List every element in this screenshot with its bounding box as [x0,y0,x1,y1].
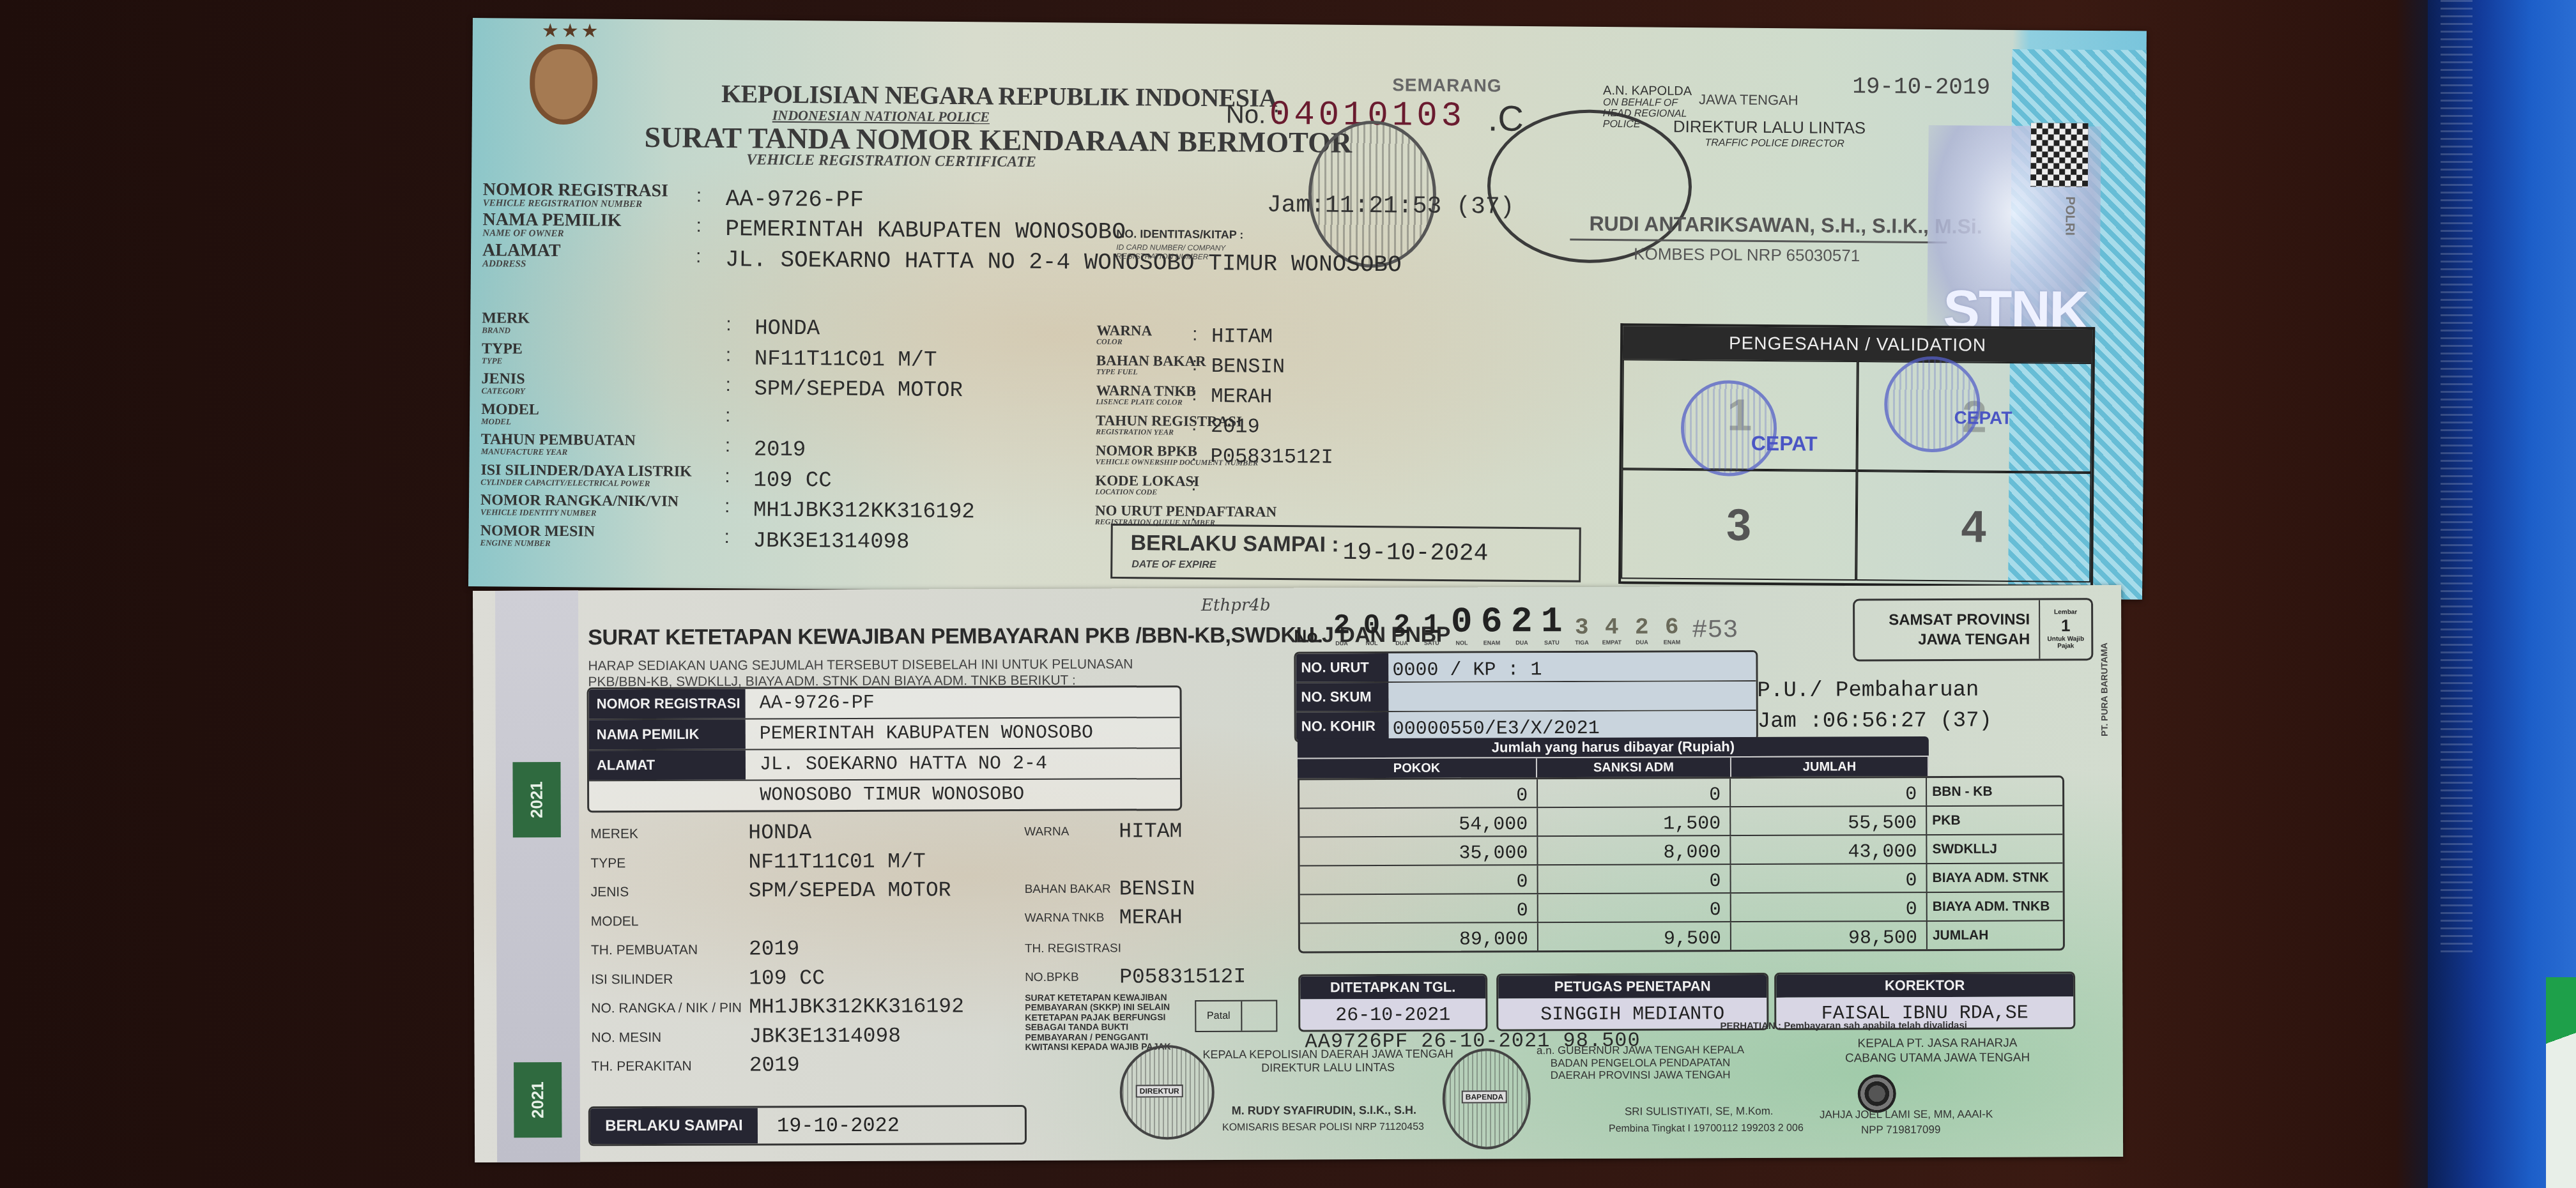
spec-label: MODEL [591,914,639,929]
sheet-number: 1 [2061,616,2071,636]
officer-name: RUDI ANTARIKSAWAN, S.H., S.I.K., M.Si. [1589,212,1982,239]
digit-value: 2 [1333,612,1351,640]
validation-grid: PENGESAHAN / VALIDATION 1CEPAT2CEPAT34 [1618,323,2095,588]
spec-value: 2019 [749,1053,800,1077]
owner-row-value: JL. SOEKARNO HATTA NO 2-4 [746,749,1180,779]
spec-value: P05831512I [1119,965,1246,989]
sheet-label: Lembar [2054,609,2077,616]
colon: : [696,215,701,237]
serial-digit: 3TIGA [1567,616,1597,646]
reference-label: NO. URUT [1296,653,1388,682]
vehicle-field-value: HITAM [1211,326,1273,347]
qr-code-icon [2030,123,2089,187]
field-label: ALAMAT [482,241,561,260]
validation-cell-number: 3 [1726,499,1752,550]
owner-row: NOMOR REGISTRASIAA-9726-PF [589,687,1180,720]
vehicle-field-value: BENSIN [1211,356,1285,377]
digit-word: DUA [1395,640,1408,646]
owner-row-label: ALAMAT [589,750,746,781]
colon: : [696,246,701,268]
vehicle-field-label: BAHAN BAKAR [1096,353,1206,369]
payment-row: 54,0001,50055,500PKB [1299,806,2062,837]
digit-word: ENAM [1483,639,1501,646]
vehicle-field-value: HONDA [755,317,820,340]
field-value: PEMERINTAH KABUPATEN WONOSOBO [725,218,1126,244]
patal-label: Patal [1196,1001,1242,1031]
payment-row-label: BBN - KB [1927,777,2062,805]
on-behalf: A.N. KAPOLDA [1603,84,1705,98]
digit-value: 2 [1511,604,1533,639]
samsat-line2: JAWA TENGAH [1918,629,2030,650]
vehicle-field-label: MODEL [481,402,539,418]
cepat-stamp-icon [1680,380,1777,476]
reference-numbers: NO. URUT0000 / KP : 1NO. SKUMNO. KOHIR00… [1294,650,1758,743]
digit-value: 1 [1541,604,1563,639]
director-seal-text: DIREKTUR [1136,1085,1183,1097]
assessment-date: 26-10-2021 [1300,998,1485,1030]
bapenda-officer-name: SRI SULISTIYATI, SE, M.Kom. [1625,1105,1774,1118]
validation-cell-3: 3 [1621,469,1857,581]
payment-column-header: POKOK [1298,758,1537,778]
digit-word: DUA [1335,640,1348,646]
payment-row: 000BIAYA ADM. STNK [1300,864,2063,895]
printer-credit: PT. PURA BARUTAMA [2099,643,2110,736]
serial-digit: 0NOL [1356,612,1386,646]
sanksi-amount: 8,000 [1538,836,1731,864]
colon: : [1192,384,1197,406]
skkp-serial: No.2DUA0NOL2DUA1SATU0NOL6ENAM2DUA1SATU3T… [1294,603,1738,646]
payment-row-label: PKB [1927,806,2062,834]
skkp-expiry: BERLAKU SAMPAI 19-10-2022 [588,1105,1027,1146]
colon: : [724,466,730,487]
owner-row-value: PEMERINTAH KABUPATEN WONOSOBO [746,718,1180,749]
sanksi-amount: 0 [1538,894,1731,922]
serial-digit: 2DUA [1627,616,1657,646]
digit-value: 2 [1635,616,1649,639]
serial-digit: 0NOL [1446,604,1476,646]
vehicle-field-sublabel: MODEL [481,417,511,425]
spec-value: 2019 [749,937,799,961]
vehicle-field-value: NF11T11C01 M/T [755,348,937,371]
reference-label: NO. SKUM [1296,683,1389,712]
spec-value: MERAH [1119,906,1183,929]
vehicle-field-sublabel: CYLINDER CAPACITY/ELECTRICAL POWER [480,478,650,487]
counter-stamp: #53 [1692,616,1738,645]
payment-table-header: POKOKSANKSI ADMJUMLAH [1298,756,1929,778]
owner-row-value: WONOSOBO TIMUR WONOSOBO [746,779,1180,810]
spec-label: TYPE [590,856,625,871]
vehicle-field-sublabel: COLOR [1096,338,1123,346]
jasa-raharja-name: JAHJA JOEL LAMI SE, MM, AAAI-K [1820,1108,1993,1122]
payment-table-title: Jumlah yang harus dibayar (Rupiah) [1298,736,1929,758]
vehicle-field-value: P05831512I [1211,446,1333,468]
jasa-raharja-title: KEPALA PT. JASA RAHARJA CABANG UTAMA JAW… [1835,1036,2039,1066]
spec-value: 109 CC [749,966,825,990]
police-officer-rank: KOMISARIS BESAR POLISI NRP 71120453 [1222,1122,1424,1134]
expiry-sub: DATE OF EXPIRE [1131,559,1216,571]
payment-column-header: JUMLAH [1731,757,1929,777]
print-time: Jam:11:21:53 (37) [1267,192,1515,221]
colon: : [724,526,730,548]
vehicle-field-label: KODE LOKASI [1095,473,1199,489]
vehicle-field-sublabel: REGISTRATION YEAR [1096,428,1174,436]
owner-table: NOMOR REGISTRASIAA-9726-PFNAMA PEMILIKPE… [587,685,1183,812]
vehicle-field-value: 2019 [1211,416,1260,438]
colon: : [724,496,730,517]
field-sublabel: VEHICLE REGISTRATION NUMBER [483,199,642,209]
payment-row: 35,0008,00043,000SWDKLLJ [1299,835,2062,866]
id-card-label: NO. IDENTITAS/KITAP : [1116,227,1243,242]
payment-row: 000BBN - KB [1299,777,2062,809]
colon: : [725,374,731,396]
jumlah-amount: 98,500 [1731,922,1928,950]
vehicle-field-label: NOMOR BPKB [1096,443,1197,459]
serial-no-label: No. [1294,626,1322,646]
colon: : [726,314,732,335]
owner-row-label: NAMA PEMILIK [589,720,746,750]
vehicle-field-value: JBK3E1314098 [753,530,909,553]
vehicle-field-sublabel: ENGINE NUMBER [480,538,551,547]
owner-row: NAMA PEMILIKPEMERINTAH KABUPATEN WONOSOB… [589,718,1180,750]
sanksi-amount: 1,500 [1538,807,1731,835]
digit-word: NOL [1455,640,1468,646]
digit-value: 0 [1363,612,1381,640]
vehicle-field-label: WARNA [1096,323,1152,339]
digit-value: 0 [1451,604,1473,640]
vehicle-field-label: ISI SILINDER/DAYA LISTRIK [480,462,692,480]
vehicle-field-sublabel: MANUFACTURE YEAR [481,447,568,456]
digit-word: NOL [1365,640,1377,646]
payment-row-label: SWDKLLJ [1927,835,2062,863]
colon: : [1192,324,1198,346]
officer-rank: KOMBES POL NRP 65030571 [1634,244,1860,266]
field-value: JL. SOEKARNO HATTA NO 2-4 WONOSOBO TIMUR… [725,248,1402,277]
sanksi-amount: 0 [1538,865,1731,893]
field-label: NOMOR REGISTRASI [483,181,668,200]
pokok-amount: 0 [1299,779,1538,807]
corrector-label: KOREKTOR [1776,973,2073,998]
folder-binding-strip [2441,0,2472,958]
samsat-box: SAMSAT PROVINSI JAWA TENGAH Lembar 1 Unt… [1853,598,2093,661]
id-card-sub: ID CARD NUMBER/ COMPANY REGISTRATION NUM… [1116,243,1269,262]
pokok-amount: 0 [1300,865,1538,894]
payment-row-label: BIAYA ADM. TNKB [1928,892,2063,920]
reference-row: NO. SKUM [1296,682,1756,713]
digit-value: 6 [1665,616,1679,639]
spec-label: NO. MESIN [591,1030,661,1045]
vehicle-field-sublabel: CATEGORY [481,386,525,395]
owner-row-label: NOMOR REGISTRASI [589,689,746,719]
vehicle-field-value: MERAH [1211,386,1272,407]
digit-value: 6 [1481,604,1503,639]
colon: : [1191,504,1197,526]
reference-row: NO. KOHIR00000550/E3/X/2021 [1296,711,1756,741]
reference-row: NO. URUT0000 / KP : 1 [1296,652,1756,683]
validation-notice: PERHATIAN : Pembayaran sah apabila telah… [1720,1020,1967,1032]
field-sublabel: NAME OF OWNER [482,229,563,239]
spec-label: NO. RANGKA / NIK / PIN [591,1001,742,1017]
validation-cell-4: 4 [1856,471,2092,583]
validation-cell-2: 2CEPAT [1857,361,2092,473]
digit-word: DUA [1515,639,1528,646]
serial-digit: 2DUA [1386,612,1416,646]
transaction-time: Jam :06:56:27 (37) [1758,709,1992,734]
reference-value: 00000550/E3/X/2021 [1389,711,1756,740]
owner-row-value: AA-9726-PF [746,687,1180,718]
vehicle-field-sublabel: LOCATION CODE [1095,488,1157,496]
vehicle-field-label: WARNA TNKB [1096,383,1195,399]
jumlah-amount: 43,000 [1731,835,1927,864]
officer-position-en: TRAFFIC POLICE DIRECTOR [1705,137,1844,150]
skkp-notice: SURAT KETETAPAN KEWAJIBAN PEMBAYARAN (SK… [1025,993,1191,1052]
jasa-raharja-logo-icon [1858,1074,1896,1113]
police-officer-name: M. RUDY SYAFIRUDIN, S.I.K., S.H. [1232,1104,1416,1118]
officer-position: DIREKTUR LALU LINTAS [1673,117,1866,138]
digit-word: SATU [1424,640,1439,646]
bapenda-officer-nip: Pembina Tingkat I 19700112 199203 2 006 [1609,1123,1804,1135]
field-value: AA-9726-PF [726,188,864,212]
cepat-stamp-icon [1883,356,1980,452]
assessor-label: PETUGAS PENETAPAN [1498,975,1767,998]
vehicle-field-sublabel: LISENCE PLATE COLOR [1096,398,1182,406]
digit-value: 4 [1605,616,1619,639]
expiry-date: 19-10-2024 [1342,539,1488,568]
vehicle-field-label: TYPE [482,341,523,357]
digit-value: 3 [1575,616,1589,639]
sheet-sub: Untuk Wajib Pajak [2040,636,2091,650]
vehicle-field-value: MH1JBK312KK316192 [753,499,975,523]
spec-label: TH. REGISTRASI [1025,941,1121,956]
skkp-tax-receipt: 2021 2021 Ethpr4b SURAT KETETAPAN KEWAJI… [473,585,2123,1162]
serial-digit: 4EMPAT [1597,616,1627,646]
spec-label: TH. PERAKITAN [592,1059,692,1075]
jumlah-amount: 0 [1731,864,1928,892]
payment-row-label: JUMLAH [1928,921,2063,949]
sanksi-amount: 9,500 [1538,922,1731,950]
police-position: DIREKTUR LALU LINTAS [1203,1060,1453,1074]
assessment-date-label: DITETAPKAN TGL. [1300,975,1485,999]
pokok-amount: 89,000 [1300,923,1538,951]
reference-value [1389,682,1756,711]
digit-word: EMPAT [1602,639,1621,646]
bapenda-seal-text: BAPENDA [1462,1090,1507,1103]
spec-value: SPM/SEPEDA MOTOR [749,878,951,902]
spec-value: BENSIN [1119,877,1195,901]
vehicle-field-sublabel: BRAND [482,326,510,334]
spec-label: WARNA TNKB [1025,911,1105,925]
colon: : [726,344,732,366]
payment-row: 000BIAYA ADM. TNKB [1300,892,2063,924]
spec-label: JENIS [591,885,629,900]
field-sublabel: ADDRESS [482,259,526,270]
spec-value: JBK3E1314098 [749,1024,901,1048]
vehicle-field-value: SPM/SEPEDA MOTOR [754,378,963,402]
colon: : [1192,444,1197,466]
sanksi-amount: 0 [1538,779,1731,807]
vehicle-field-sublabel: VEHICLE IDENTITY NUMBER [480,508,597,517]
document-title-en: VEHICLE REGISTRATION CERTIFICATE [746,151,1036,171]
colon: : [696,185,702,207]
issue-city: SEMARANG [1392,75,1502,96]
field-label: NAMA PEMILIK [482,211,621,230]
digit-word: SATU [1544,639,1560,646]
stamp-label: CEPAT [1954,407,2012,429]
owner-row: ALAMATJL. SOEKARNO HATTA NO 2-4 [589,749,1180,781]
digit-word: TIGA [1575,639,1589,646]
owner-row: WONOSOBO TIMUR WONOSOBO [589,779,1180,811]
reference-label: NO. KOHIR [1296,712,1389,741]
assessment-date-box: DITETAPKAN TGL. 26-10-2021 [1298,973,1487,1032]
validation-title: PENGESAHAN / VALIDATION [1623,326,2092,363]
digit-value: 1 [1423,612,1441,640]
expiry-label: BERLAKU SAMPAI : [1130,531,1338,558]
folder-corner [2546,977,2576,1188]
serial-digit: 6ENAM [1476,604,1506,646]
vehicle-field-label: NOMOR MESIN [480,523,595,539]
payment-row: 89,0009,50098,500JUMLAH [1300,921,2063,951]
serial-digit: 6ENAM [1657,616,1687,645]
payment-table: Jumlah yang harus dibayar (Rupiah) POKOK… [1298,736,2065,953]
vehicle-field-value: 109 CC [753,469,832,492]
spec-value: HITAM [1119,819,1182,843]
spec-value: MH1JBK312KK316192 [749,994,964,1019]
validation-cell-1: 1CEPAT [1622,359,1858,471]
reference-value: 0000 / KP : 1 [1388,652,1756,682]
vehicle-field-label: JENIS [481,371,525,387]
spec-label: BAHAN BAKAR [1025,883,1111,897]
year-tag: 2021 [512,762,560,837]
jasa-raharja-npp: NPP 719817099 [1861,1123,1941,1136]
patal-box: Patal [1195,1000,1277,1032]
payment-table-body: 000BBN - KB54,0001,50055,500PKB35,0008,0… [1298,775,2065,953]
police-emblem-icon [530,44,598,125]
spec-label: MEREK [590,826,638,842]
spec-label: NO.BPKB [1025,971,1079,985]
digit-word: ENAM [1664,639,1681,645]
colon: : [1192,354,1198,376]
spec-value: NF11T11C01 M/T [748,849,925,874]
digit-value: 2 [1393,612,1411,640]
jumlah-amount: 0 [1731,893,1928,921]
vehicle-field-label: TAHUN PEMBUATAN [481,432,636,448]
jumlah-amount: 55,500 [1731,807,1927,835]
serial-digit: 1SATU [1537,604,1567,646]
spec-label: TH. PEMBUATAN [591,943,698,959]
vehicle-field-sublabel: TYPE [482,356,503,365]
stars-icon: ★★★ [542,20,601,43]
bapenda-title: a.n. GUBERNUR JAWA TENGAH KEPALA BADAN P… [1535,1044,1745,1082]
spec-label: WARNA [1024,825,1069,839]
validation-cell-number: 4 [1961,501,1986,552]
colon: : [725,435,731,457]
vehicle-field-sublabel: TYPE FUEL [1096,368,1138,376]
region: JAWA TENGAH [1699,91,1798,109]
colon: : [1192,414,1197,436]
skkp-expiry-date: 19-10-2022 [758,1107,1025,1143]
stamp-label: CEPAT [1751,432,1818,456]
vehicle-field-value: 2019 [754,439,806,461]
hologram-side-text: POLRI [2062,197,2076,236]
spec-value: HONDA [748,821,811,844]
digit-word: DUA [1636,639,1648,646]
pokok-amount: 54,000 [1299,808,1538,836]
serial-digit: 2DUA [1506,604,1537,646]
expiry-box: BERLAKU SAMPAI : DATE OF EXPIRE 19-10-20… [1110,524,1581,583]
serial-digit: 2DUA [1326,612,1356,646]
skkp-expiry-label: BERLAKU SAMPAI [590,1108,758,1144]
pokok-amount: 35,000 [1299,837,1538,865]
payment-column-header: SANKSI ADM [1537,758,1731,777]
serial-digit: 1SATU [1416,612,1446,646]
samsat-line1: SAMSAT PROVINSI [1889,609,2030,630]
sheet-indicator: Lembar 1 Untuk Wajib Pajak [2039,600,2091,659]
handwritten-note: Ethpr4b [1201,596,1271,615]
owner-row-label [589,781,746,811]
year-tag: 2021 [514,1062,562,1138]
stnk-card: ★★★ KEPOLISIAN NEGARA REPUBLIK INDONESIA… [468,18,2147,600]
jumlah-amount: 0 [1731,778,1927,806]
vehicle-field-label: MERK [482,310,530,326]
transaction-type: P.U./ Pembaharuan [1757,678,1979,703]
pokok-amount: 0 [1300,894,1538,922]
colon: : [1191,474,1197,496]
issue-date: 19-10-2019 [1852,73,1990,101]
colon: : [725,405,731,427]
spec-label: ISI SILINDER [591,971,673,987]
payment-row-label: BIAYA ADM. STNK [1928,864,2063,892]
